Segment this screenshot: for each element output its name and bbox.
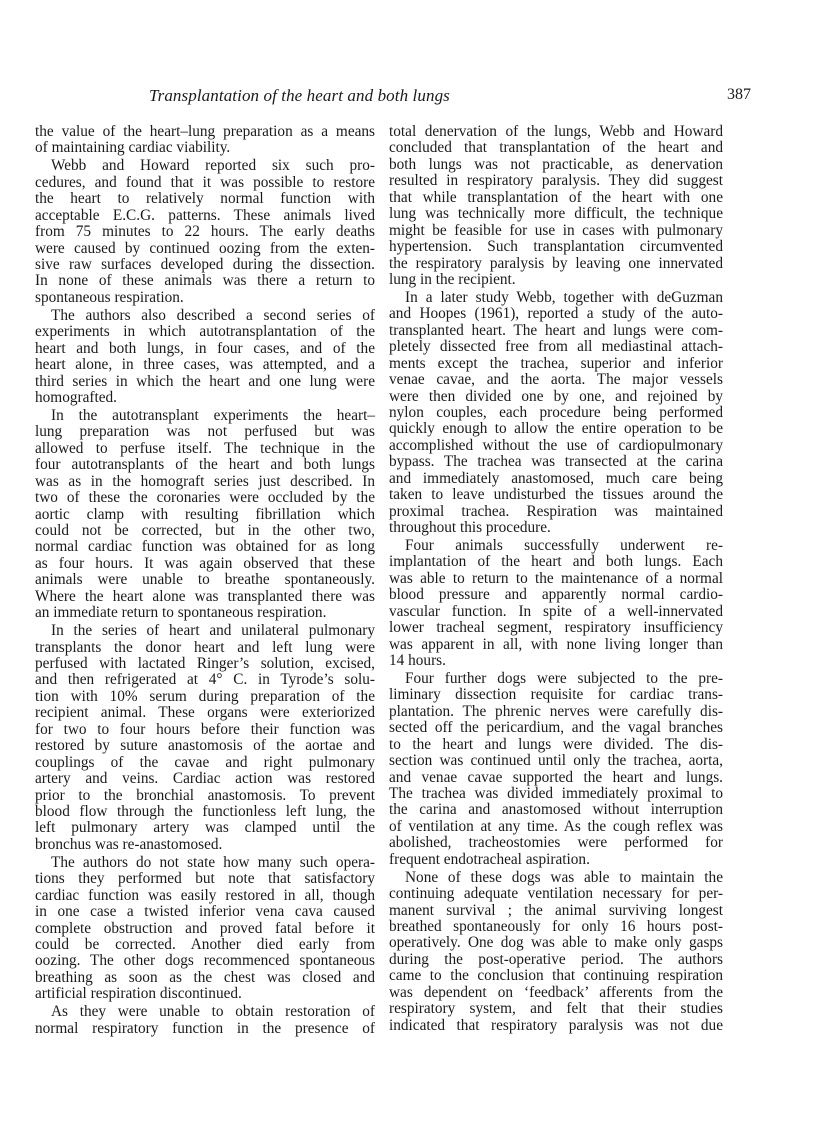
- paragraph: total denervation of the lungs, Webb and…: [389, 124, 723, 288]
- text-line: transplants the donor heart and left lun…: [35, 640, 375, 656]
- text-line: bronchus was re-anastomosed.: [35, 837, 375, 853]
- text-line: complete obstruction and proved fatal be…: [35, 921, 375, 937]
- text-line: breathed spontaneously for only 16 hours…: [389, 919, 723, 935]
- paragraph: the value of the heart–lung preparation …: [35, 124, 375, 157]
- running-head: Transplantation of the heart and both lu…: [0, 86, 816, 106]
- text-line: couplings of the cavae and right pulmona…: [35, 755, 375, 771]
- text-line: and Hoopes (1961), reported a study of t…: [389, 306, 723, 322]
- journal-page: Transplantation of the heart and both lu…: [0, 0, 816, 1121]
- text-line: left pulmonary artery was clamped until …: [35, 820, 375, 836]
- text-line: in one case a twisted inferior vena cava…: [35, 904, 375, 920]
- text-line: restored by suture anastomosis of the ao…: [35, 738, 375, 754]
- text-line: the value of the heart–lung preparation …: [35, 124, 375, 140]
- paragraph: Four further dogs were subjected to the …: [389, 671, 723, 868]
- paragraph: As they were unable to obtain restoratio…: [35, 1004, 375, 1037]
- text-line: throughout this procedure.: [389, 520, 723, 536]
- text-line: homografted.: [35, 390, 375, 406]
- text-line: 14 hours.: [389, 653, 723, 669]
- text-line: total denervation of the lungs, Webb and…: [389, 124, 723, 140]
- text-line: None of these dogs was able to maintain …: [389, 870, 723, 886]
- text-line: experiments in which autotransplantation…: [35, 324, 375, 340]
- text-line: artery and veins. Cardiac action was res…: [35, 771, 375, 787]
- text-line: lower tracheal segment, respiratory insu…: [389, 620, 723, 636]
- page-number: 387: [727, 86, 751, 104]
- text-line: was apparent in all, with none living lo…: [389, 637, 723, 653]
- text-line: four autotransplants of the heart and bo…: [35, 457, 375, 473]
- text-line: animals were unable to breathe spontaneo…: [35, 572, 375, 588]
- paragraph: In the series of heart and unilateral pu…: [35, 623, 375, 853]
- text-line: to the heart and lungs were divided. The…: [389, 737, 723, 753]
- text-line: perfused with lactated Ringer’s solution…: [35, 656, 375, 672]
- text-line: normal respiratory function in the prese…: [35, 1021, 375, 1037]
- text-line: prior to the bronchial anastomosis. To p…: [35, 788, 375, 804]
- text-line: quickly enough to allow the entire opera…: [389, 421, 723, 437]
- text-line: cedures, and found that it was possible …: [35, 175, 375, 191]
- paragraph: The authors also described a second seri…: [35, 308, 375, 407]
- left-column: the value of the heart–lung preparation …: [35, 124, 375, 1037]
- text-line: The authors do not state how many such o…: [35, 855, 375, 871]
- text-line: Four animals successfully underwent re-: [389, 538, 723, 554]
- text-line: the respiratory paralysis by leaving one…: [389, 256, 723, 272]
- text-line: As they were unable to obtain restoratio…: [35, 1004, 375, 1020]
- text-line: could be corrected. Another died early f…: [35, 937, 375, 953]
- text-line: concluded that transplantation of the he…: [389, 140, 723, 156]
- text-line: the heart to relatively normal function …: [35, 191, 375, 207]
- text-line: The authors also described a second seri…: [35, 308, 375, 324]
- paragraph: In the autotransplant experiments the he…: [35, 408, 375, 622]
- text-line: aortic clamp with resulting fibrillation…: [35, 507, 375, 523]
- text-line: were caused by continued oozing from the…: [35, 241, 375, 257]
- text-line: tion with 10% serum during preparation o…: [35, 689, 375, 705]
- text-line: taken to leave undisturbed the tissues a…: [389, 487, 723, 503]
- text-line: lung preparation was not perfused but wa…: [35, 424, 375, 440]
- text-line: The trachea was divided immediately prox…: [389, 786, 723, 802]
- text-line: continuing adequate ventilation necessar…: [389, 886, 723, 902]
- paragraph: Webb and Howard reported six such pro-ce…: [35, 158, 375, 306]
- text-line: spontaneous respiration.: [35, 290, 375, 306]
- text-line: the carina and anastomosed without inter…: [389, 802, 723, 818]
- text-line: transplanted heart. The heart and lungs …: [389, 323, 723, 339]
- text-line: vascular function. In spite of a well-in…: [389, 604, 723, 620]
- text-line: hypertension. Such transplantation circu…: [389, 239, 723, 255]
- text-line: that while transplantation of the heart …: [389, 190, 723, 206]
- text-line: manent survival ; the animal surviving l…: [389, 903, 723, 919]
- text-line: In a later study Webb, together with deG…: [389, 290, 723, 306]
- text-line: lung was technically more difficult, the…: [389, 206, 723, 222]
- text-line: Where the heart alone was transplanted t…: [35, 589, 375, 605]
- text-line: venae cavae, and the aorta. The major ve…: [389, 372, 723, 388]
- text-line: were then divided one by one, and rejoin…: [389, 389, 723, 405]
- text-line: recipient animal. These organs were exte…: [35, 705, 375, 721]
- text-line: Webb and Howard reported six such pro-: [35, 158, 375, 174]
- text-line: was able to return to the maintenance of…: [389, 571, 723, 587]
- text-line: lung in the recipient.: [389, 272, 723, 288]
- text-line: pletely dissected free from all mediasti…: [389, 339, 723, 355]
- running-title: Transplantation of the heart and both lu…: [149, 86, 450, 106]
- text-line: third series in which the heart and one …: [35, 374, 375, 390]
- text-line: of maintaining cardiac viability.: [35, 140, 375, 156]
- text-line: section was continued until only the tra…: [389, 753, 723, 769]
- text-line: sected off the pericardium, and the vaga…: [389, 720, 723, 736]
- text-line: heart alone, in three cases, was attempt…: [35, 357, 375, 373]
- text-line: and venae cavae supported the heart and …: [389, 770, 723, 786]
- text-line: for two to four hours before their funct…: [35, 722, 375, 738]
- text-line: abolished, tracheostomies were performed…: [389, 835, 723, 851]
- paragraph: None of these dogs was able to maintain …: [389, 870, 723, 1034]
- text-line: sive raw surfaces developed during the d…: [35, 257, 375, 273]
- text-line: heart and both lungs, in four cases, and…: [35, 341, 375, 357]
- text-line: plantation. The phrenic nerves were care…: [389, 704, 723, 720]
- text-line: and immediately anastomosed, much care b…: [389, 471, 723, 487]
- text-line: ments except the trachea, superior and i…: [389, 356, 723, 372]
- text-line: could not be corrected, but in the other…: [35, 523, 375, 539]
- text-line: normal cardiac function was obtained for…: [35, 539, 375, 555]
- text-line: came to the conclusion that continuing r…: [389, 968, 723, 984]
- text-line: liminary dissection requisite for cardia…: [389, 687, 723, 703]
- text-line: two of these the coronaries were occlude…: [35, 490, 375, 506]
- text-line: both lungs was not practicable, as dener…: [389, 157, 723, 173]
- paragraph: The authors do not state how many such o…: [35, 855, 375, 1003]
- right-column: total denervation of the lungs, Webb and…: [389, 124, 723, 1034]
- text-line: blood pressure and apparently normal car…: [389, 587, 723, 603]
- text-line: was dependent on ‘feedback’ afferents fr…: [389, 985, 723, 1001]
- text-line: and then refrigerated at 4° C. in Tyrode…: [35, 672, 375, 688]
- text-line: blood flow through the functionless left…: [35, 804, 375, 820]
- text-line: proximal trachea. Respiration was mainta…: [389, 504, 723, 520]
- text-line: accomplished without the use of cardiopu…: [389, 438, 723, 454]
- text-line: an immediate return to spontaneous respi…: [35, 605, 375, 621]
- text-line: resulted in respiratory paralysis. They …: [389, 173, 723, 189]
- text-line: from 75 minutes to 22 hours. The early d…: [35, 224, 375, 240]
- text-line: In the autotransplant experiments the he…: [35, 408, 375, 424]
- paragraph: Four animals successfully underwent re-i…: [389, 538, 723, 670]
- text-line: cardiac function was easily restored in …: [35, 888, 375, 904]
- text-line: operatively. One dog was able to make on…: [389, 935, 723, 951]
- text-line: artificial respiration discontinued.: [35, 986, 375, 1002]
- text-line: as four hours. It was again observed tha…: [35, 556, 375, 572]
- text-line: indicated that respiratory paralysis was…: [389, 1018, 723, 1034]
- text-line: was as in the homograft series just desc…: [35, 474, 375, 490]
- text-line: during the post-operative period. The au…: [389, 952, 723, 968]
- paragraph: In a later study Webb, together with deG…: [389, 290, 723, 537]
- text-line: implantation of the heart and both lungs…: [389, 554, 723, 570]
- text-line: In none of these animals was there a ret…: [35, 273, 375, 289]
- text-line: of ventilation at any time. As the cough…: [389, 819, 723, 835]
- text-line: acceptable E.C.G. patterns. These animal…: [35, 208, 375, 224]
- text-line: breathing as soon as the chest was close…: [35, 970, 375, 986]
- text-line: might be feasible for use in cases with …: [389, 223, 723, 239]
- text-line: frequent endotracheal aspiration.: [389, 852, 723, 868]
- text-line: In the series of heart and unilateral pu…: [35, 623, 375, 639]
- text-line: respiratory system, and felt that their …: [389, 1001, 723, 1017]
- text-line: oozing. The other dogs recommenced spont…: [35, 953, 375, 969]
- text-line: nylon couples, each procedure being perf…: [389, 405, 723, 421]
- text-line: allowed to perfuse itself. The technique…: [35, 441, 375, 457]
- text-line: bypass. The trachea was transected at th…: [389, 454, 723, 470]
- text-line: tions they performed but note that satis…: [35, 871, 375, 887]
- text-line: Four further dogs were subjected to the …: [389, 671, 723, 687]
